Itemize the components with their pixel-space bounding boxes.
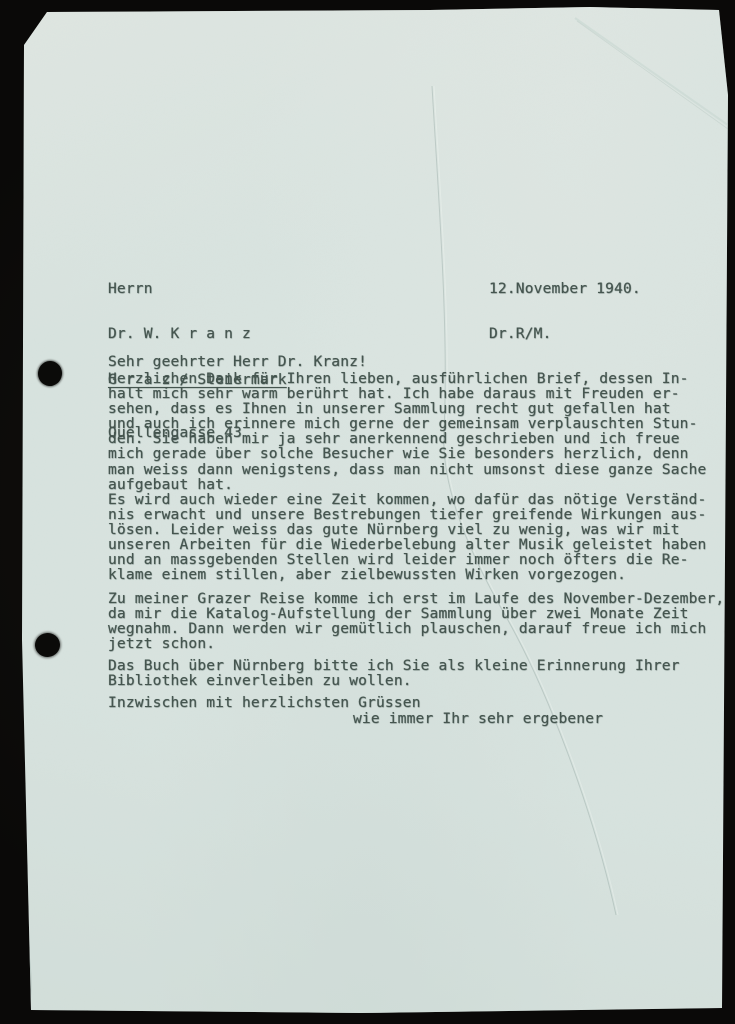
dateline-block: 12.November 1940. Dr.R/M. xyxy=(489,251,641,372)
body-paragraph-4: Das Buch über Nürnberg bitte ich Sie als… xyxy=(108,658,680,688)
letter-date: 12.November 1940. xyxy=(489,281,641,296)
punch-hole-bottom xyxy=(34,632,61,658)
crease-fold-top-right-shadow xyxy=(577,21,735,134)
closing-line: Inzwischen mit herzlichsten Grüssen xyxy=(108,695,421,710)
recipient-title: Herrn xyxy=(108,281,287,296)
signoff-line: wie immer Ihr sehr ergebener xyxy=(353,711,603,726)
salutation: Sehr geehrter Herr Dr. Kranz! xyxy=(108,354,367,369)
body-paragraphs-1-2: Herzlichen Dank für Ihren lieben, ausfüh… xyxy=(108,371,706,582)
crease-bottom-left xyxy=(24,922,31,1013)
punch-hole-top xyxy=(36,359,63,387)
letter-paper-sheet: Herrn Dr. W. K r a n z G r a z / Steierm… xyxy=(0,0,735,1024)
scanned-letter-page: Herrn Dr. W. K r a n z G r a z / Steierm… xyxy=(0,0,735,1024)
body-paragraph-3: Zu meiner Grazer Reise komme ich erst im… xyxy=(108,591,724,651)
recipient-name: Dr. W. K r a n z xyxy=(108,326,287,341)
crease-fold-top-right xyxy=(575,18,735,130)
letter-reference: Dr.R/M. xyxy=(489,326,641,341)
